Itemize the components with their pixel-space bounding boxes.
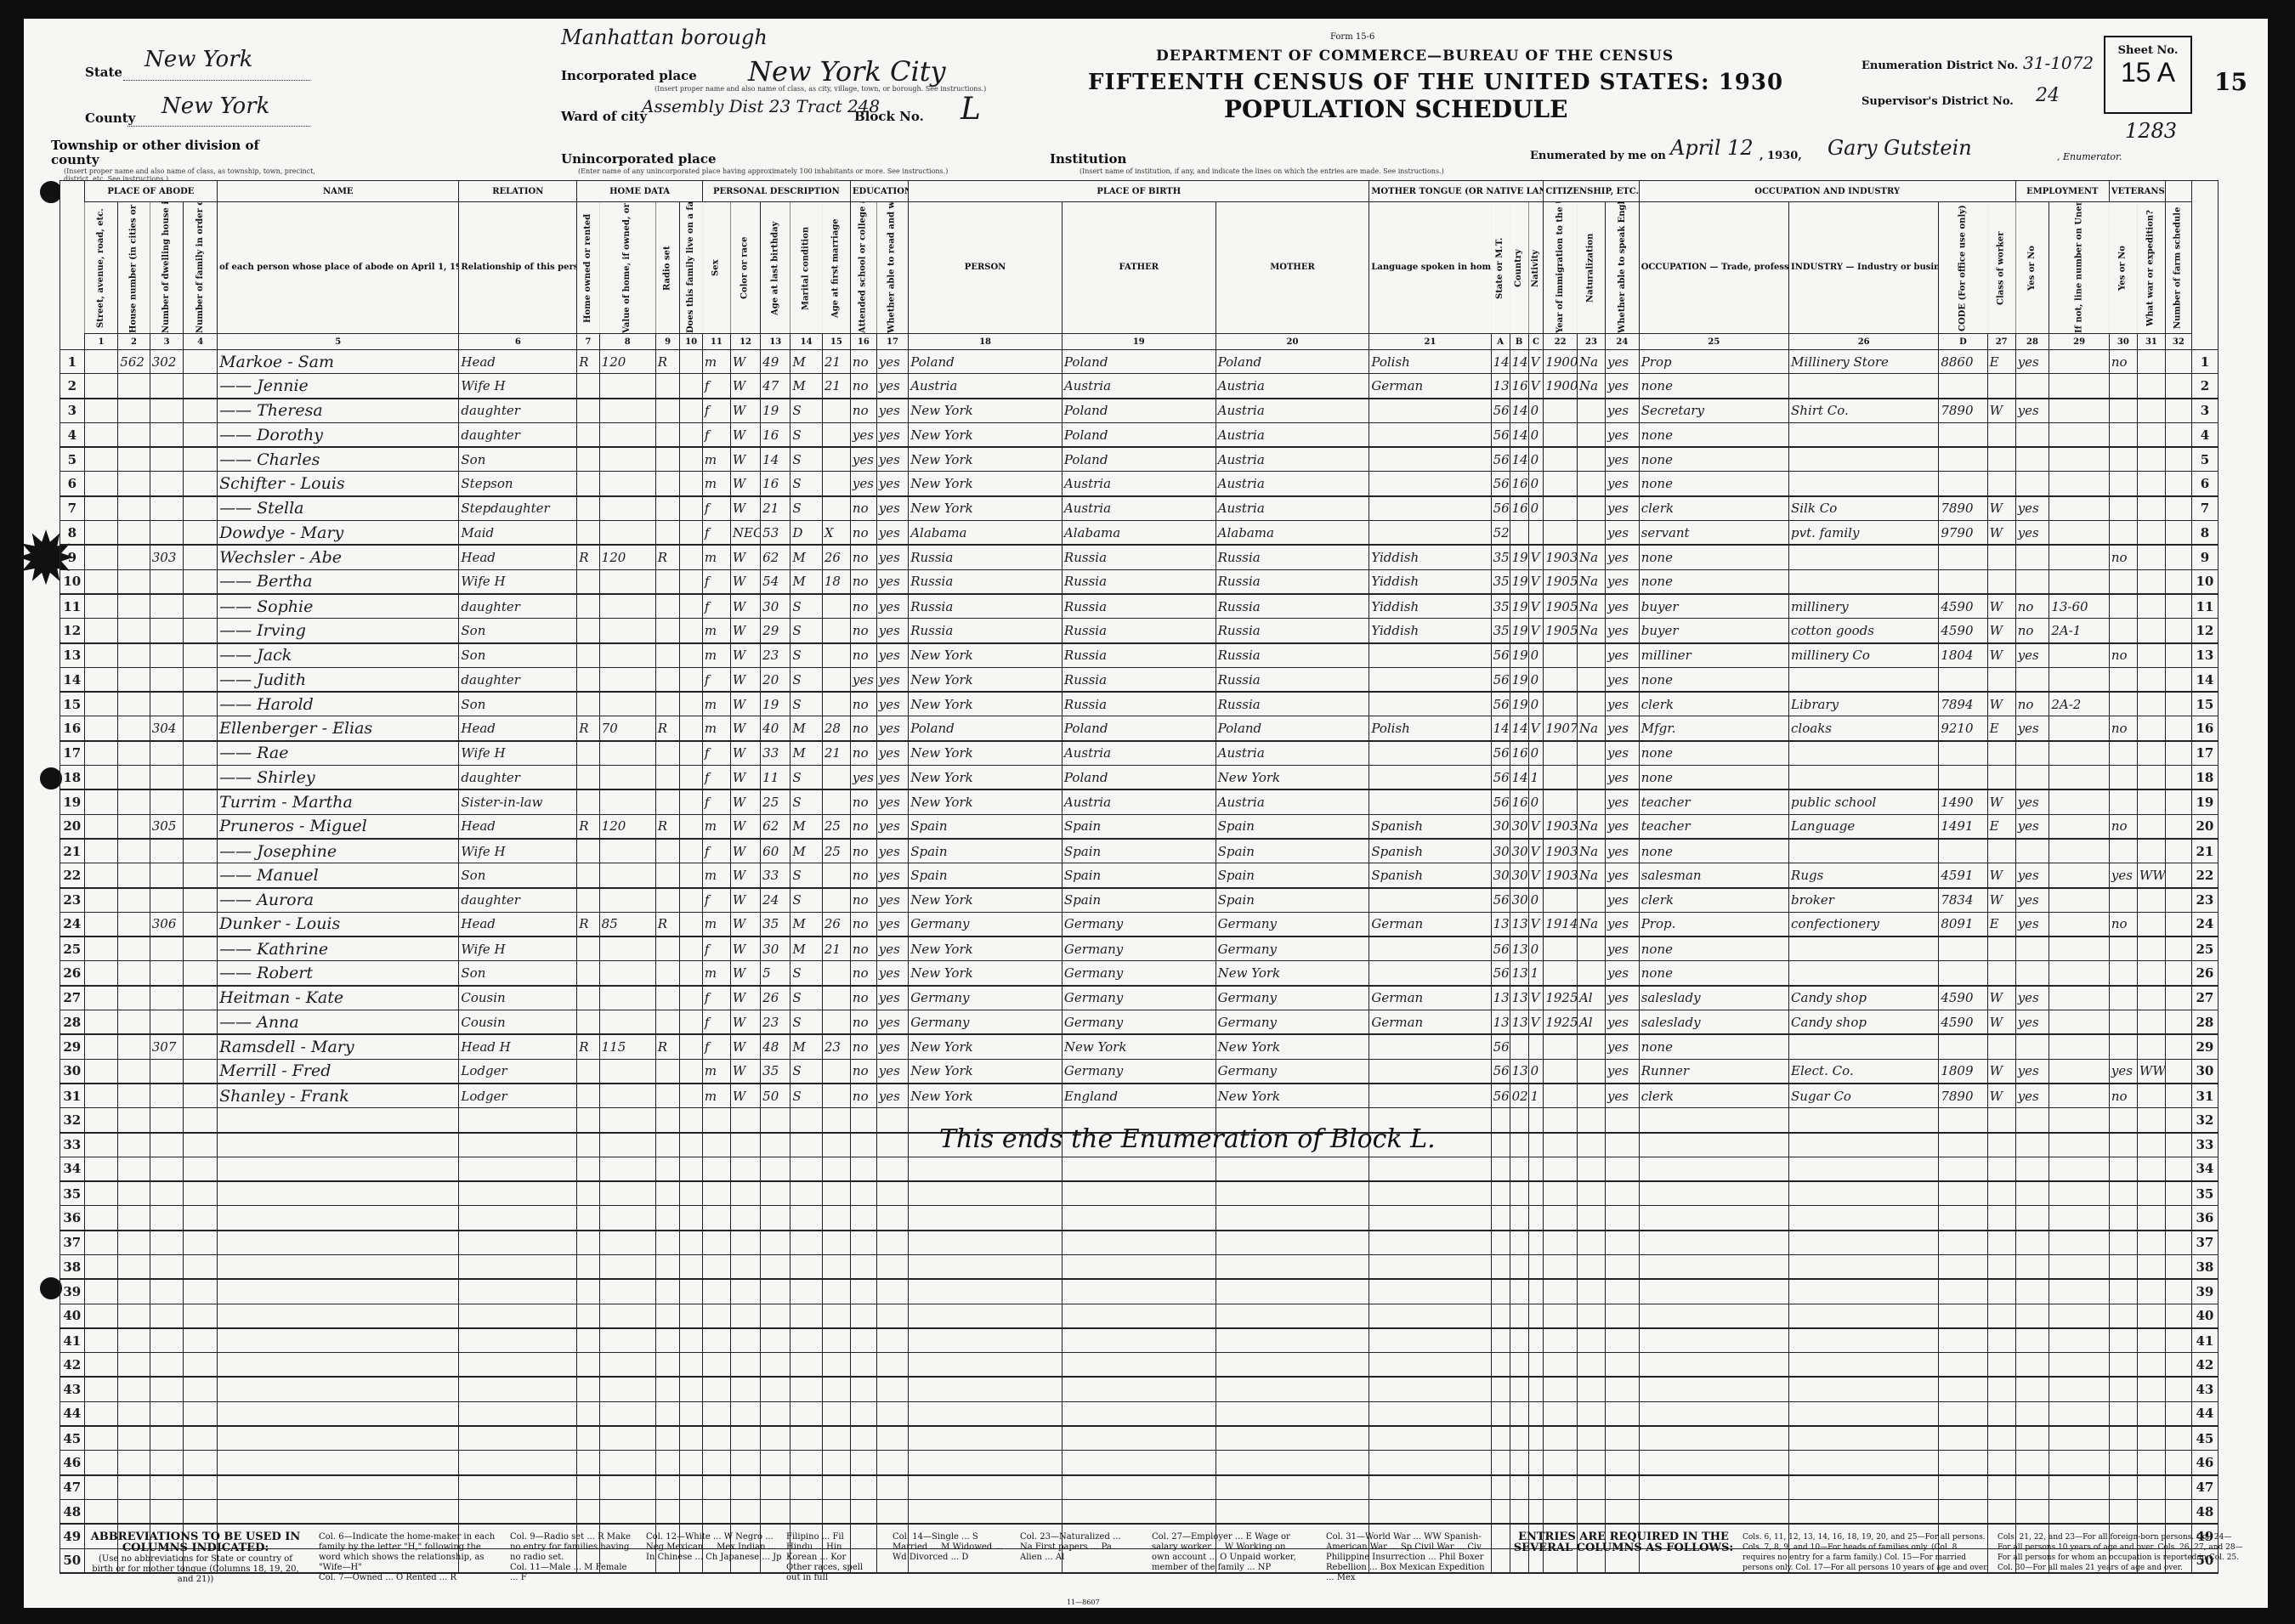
cell-marital (790, 1377, 822, 1401)
cell-sex: f (702, 789, 730, 814)
cell-radio (655, 1231, 680, 1255)
cell-owned (577, 619, 599, 643)
cell-family (184, 1499, 218, 1524)
cell-street (84, 1401, 118, 1426)
cell-sex (702, 1401, 730, 1426)
ward-label: Ward of city (561, 109, 647, 124)
cell-class (1987, 936, 2015, 961)
cell-age (761, 1206, 790, 1231)
cell-street (84, 789, 118, 814)
cell-family (184, 1426, 218, 1451)
cell-tongue: Yiddish (1369, 545, 1491, 569)
cell-natur: Na (1577, 814, 1605, 839)
table-row: 15—— HaroldSonmW19SnoyesNew YorkRussiaRu… (60, 692, 2218, 716)
cell-owned (577, 986, 599, 1010)
table-row: 24306Dunker - LouisHeadR85RmW35M26noyesG… (60, 912, 2218, 936)
cell-a (1491, 1206, 1510, 1231)
cell-a: 56 (1491, 741, 1510, 766)
cell-unemp (2049, 1401, 2110, 1426)
cell-owned (577, 374, 599, 399)
line-number: 11 (60, 594, 85, 619)
cell-b: 16 (1510, 789, 1528, 814)
line-number-right: 35 (2191, 1181, 2218, 1206)
cell-race (730, 1304, 760, 1328)
cell-family (184, 936, 218, 961)
cell-unemp (2049, 1377, 2110, 1401)
cell-emp (2015, 1304, 2049, 1328)
cell-industry (1789, 374, 1939, 399)
cell-a: 35 (1491, 619, 1510, 643)
cell-age-marr: 26 (822, 912, 850, 936)
cell-b (1510, 1426, 1528, 1451)
cell-immig (1544, 1451, 1578, 1475)
table-row: 5—— CharlesSonmW14SyesyesNew YorkPolandA… (60, 447, 2218, 472)
cell-industry (1789, 569, 1939, 594)
cell-value: 85 (599, 912, 655, 936)
cell-unemp (2049, 447, 2110, 472)
line-number-right: 44 (2191, 1401, 2218, 1426)
cell-sex: f (702, 839, 730, 863)
cell-marital: M (790, 374, 822, 399)
cell-owned (577, 1108, 599, 1133)
cell-tongue (1369, 1451, 1491, 1475)
line-number-right: 37 (2191, 1231, 2218, 1255)
table-row: 16304Ellenberger - EliasHeadR70RmW40M28n… (60, 716, 2218, 741)
cell-immig: 1905 (1544, 594, 1578, 619)
cell-bp-father: Russia (1062, 643, 1215, 668)
cell-bp-mother: Russia (1215, 545, 1369, 569)
line-number: 36 (60, 1206, 85, 1231)
cell-name (218, 1279, 459, 1304)
cell-house (118, 716, 150, 741)
cell-read: yes (876, 1059, 908, 1084)
cell-family (184, 1304, 218, 1328)
cell-war (2137, 1377, 2165, 1401)
cell-occupation: saleslady (1639, 986, 1788, 1010)
cell-war (2137, 716, 2165, 741)
cell-dwelling (150, 619, 184, 643)
cell-occupation (1639, 1108, 1788, 1133)
cell-value (599, 766, 655, 790)
cell-unemp: 2A-1 (2049, 619, 2110, 643)
cell-sex (702, 1451, 730, 1475)
cell-war (2137, 1328, 2165, 1353)
cell-bp-person: New York (909, 789, 1062, 814)
cell-b: 13 (1510, 1059, 1528, 1084)
cell-natur (1577, 1279, 1605, 1304)
cell-house (118, 1108, 150, 1133)
cell-sex (702, 1254, 730, 1279)
cell-class (1987, 961, 2015, 986)
cell-immig (1544, 1328, 1578, 1353)
cell-b: 19 (1510, 692, 1528, 716)
cell-street (84, 863, 118, 888)
cell-bp-mother: Russia (1215, 569, 1369, 594)
cell-farm-sched (2165, 1328, 2191, 1353)
cell-family (184, 350, 218, 374)
cell-immig (1544, 1279, 1578, 1304)
cell-c: 0 (1528, 888, 1544, 913)
line-number: 43 (60, 1377, 85, 1401)
line-number: 46 (60, 1451, 85, 1475)
table-row: 27Heitman - KateCousinfW26SnoyesGermanyG… (60, 986, 2218, 1010)
cell-tongue: Yiddish (1369, 619, 1491, 643)
cell-street (84, 1377, 118, 1401)
schedule-title: POPULATION SCHEDULE (1224, 95, 1568, 123)
column-number: 31 (2137, 334, 2165, 350)
cell-immig (1544, 1254, 1578, 1279)
cell-vet (2109, 1231, 2137, 1255)
cell-age-marr (822, 692, 850, 716)
cell-owned (577, 472, 599, 496)
cell-bp-father (1062, 1231, 1215, 1255)
cell-value (599, 447, 655, 472)
line-number: 30 (60, 1059, 85, 1084)
cell-vet (2109, 1499, 2137, 1524)
cell-radio (655, 1108, 680, 1133)
cell-owned (577, 1328, 599, 1353)
cell-vet (2109, 447, 2137, 472)
cell-dwelling: 304 (150, 716, 184, 741)
cell-family (184, 863, 218, 888)
cell-owned (577, 1426, 599, 1451)
cell-occupation (1639, 1254, 1788, 1279)
cell-occupation: none (1639, 961, 1788, 986)
cell-dwelling (150, 643, 184, 668)
cell-bp-mother (1215, 1304, 1369, 1328)
cell-marital: S (790, 422, 822, 447)
cell-immig (1544, 472, 1578, 496)
cell-relation (459, 1426, 577, 1451)
cell-house (118, 472, 150, 496)
cell-vet (2109, 1279, 2137, 1304)
cell-value (599, 1451, 655, 1475)
line-number: 29 (60, 1034, 85, 1059)
table-row: 25—— KathrineWife HfW30M21noyesNew YorkG… (60, 936, 2218, 961)
cell-bp-mother: New York (1215, 961, 1369, 986)
cell-family (184, 1157, 218, 1181)
cell-bp-father: Spain (1062, 839, 1215, 863)
cell-marital: M (790, 569, 822, 594)
column-header-28: Yes or No (2015, 202, 2049, 334)
cell-relation (459, 1499, 577, 1524)
sheet-number-box: Sheet No. 15 A (2104, 36, 2192, 114)
table-row: 9303Wechsler - AbeHeadR120RmW62M26noyesR… (60, 545, 2218, 569)
cell-class (1987, 1426, 2015, 1451)
cell-vet (2109, 1133, 2137, 1157)
cell-dwelling (150, 888, 184, 913)
cell-sex (702, 1426, 730, 1451)
cell-house (118, 1328, 150, 1353)
cell-read: yes (876, 374, 908, 399)
cell-owned (577, 1157, 599, 1181)
cell-bp-mother: Austria (1215, 374, 1369, 399)
footer-col27: Col. 27—Employer ... E Wage or salary wo… (1152, 1532, 1305, 1573)
cell-sex: m (702, 912, 730, 936)
cell-tongue: Yiddish (1369, 569, 1491, 594)
cell-value (599, 961, 655, 986)
cell-bp-father (1062, 1328, 1215, 1353)
table-row: 4747 (60, 1475, 2218, 1500)
cell-a: 14 (1491, 716, 1510, 741)
cell-unemp (2049, 1206, 2110, 1231)
cell-school (850, 1353, 876, 1378)
cell-house (118, 1426, 150, 1451)
cell-street (84, 814, 118, 839)
cell-race: W (730, 912, 760, 936)
cell-emp (2015, 1279, 2049, 1304)
cell-owned: R (577, 545, 599, 569)
cell-owned: R (577, 814, 599, 839)
cell-age (761, 1279, 790, 1304)
cell-industry (1789, 422, 1939, 447)
cell-unemp (2049, 667, 2110, 692)
cell-farm (680, 814, 702, 839)
cell-bp-mother: Austria (1215, 399, 1369, 423)
cell-school (850, 1304, 876, 1328)
table-row: 4—— DorothydaughterfW16SyesyesNew YorkPo… (60, 422, 2218, 447)
line-number: 39 (60, 1279, 85, 1304)
cell-war (2137, 1231, 2165, 1255)
cell-unemp (2049, 472, 2110, 496)
cell-name: —— Charles (218, 447, 459, 472)
column-header-16: Attended school or college any time sinc… (850, 202, 876, 334)
cell-family (184, 1034, 218, 1059)
cell-occupation (1639, 1377, 1788, 1401)
footer-entries-title: ENTRIES ARE REQUIRED IN THE SEVERAL COLU… (1496, 1532, 1751, 1554)
cell-value (599, 1231, 655, 1255)
cell-farm-sched (2165, 1426, 2191, 1451)
cell-code (1939, 1328, 1987, 1353)
cell-vet: no (2109, 643, 2137, 668)
cell-c: V (1528, 839, 1544, 863)
cell-school (850, 1254, 876, 1279)
cell-code: 1491 (1939, 814, 1987, 839)
cell-sex (702, 1499, 730, 1524)
cell-industry: millinery (1789, 594, 1939, 619)
cell-bp-father: Germany (1062, 1010, 1215, 1035)
cell-marital: S (790, 447, 822, 472)
cell-house (118, 1451, 150, 1475)
cell-family (184, 1401, 218, 1426)
cell-bp-person: New York (909, 1059, 1062, 1084)
cell-bp-father: Germany (1062, 986, 1215, 1010)
cell-war (2137, 1475, 2165, 1500)
cell-radio (655, 1499, 680, 1524)
cell-relation (459, 1475, 577, 1500)
cell-unemp: 13-60 (2049, 594, 2110, 619)
cell-natur (1577, 1328, 1605, 1353)
cell-house (118, 496, 150, 521)
cell-value (599, 399, 655, 423)
column-header-3: Number of dwelling house in order of vis… (150, 202, 184, 334)
cell-vet: yes (2109, 1059, 2137, 1084)
cell-industry (1789, 1328, 1939, 1353)
cell-age: 30 (761, 936, 790, 961)
cell-farm-sched (2165, 1010, 2191, 1035)
cell-unemp (2049, 1084, 2110, 1108)
cell-tongue: Yiddish (1369, 594, 1491, 619)
institution-hint: (Insert name of institution, if any, and… (1079, 167, 1444, 175)
line-number: 16 (60, 716, 85, 741)
cell-street (84, 1279, 118, 1304)
cell-street (84, 594, 118, 619)
cell-marital: S (790, 888, 822, 913)
cell-war (2137, 374, 2165, 399)
cell-school (850, 1108, 876, 1133)
cell-school (850, 1231, 876, 1255)
cell-school (850, 1133, 876, 1157)
line-number-right: 10 (2191, 569, 2218, 594)
cell-emp: yes (2015, 986, 2049, 1010)
cell-read: yes (876, 667, 908, 692)
cell-school (850, 1181, 876, 1206)
cell-value (599, 521, 655, 546)
cell-b (1510, 1279, 1528, 1304)
cell-a: 13 (1491, 1010, 1510, 1035)
cell-natur (1577, 1034, 1605, 1059)
cell-class: E (1987, 350, 2015, 374)
cell-school: no (850, 814, 876, 839)
cell-read (876, 1133, 908, 1157)
cell-race: W (730, 1059, 760, 1084)
cell-age-marr: 21 (822, 350, 850, 374)
cell-vet (2109, 839, 2137, 863)
cell-bp-mother (1215, 1231, 1369, 1255)
cell-dwelling (150, 399, 184, 423)
cell-sex (702, 1279, 730, 1304)
cell-c: 1 (1528, 766, 1544, 790)
cell-age-marr (822, 1304, 850, 1328)
cell-industry: Candy shop (1789, 1010, 1939, 1035)
cell-owned (577, 1377, 599, 1401)
cell-immig (1544, 1157, 1578, 1181)
cell-a: 56 (1491, 961, 1510, 986)
cell-owned (577, 1279, 599, 1304)
cell-war (2137, 912, 2165, 936)
column-header-21: Language spoken in home before coming to… (1369, 202, 1491, 334)
cell-value (599, 692, 655, 716)
department-title: DEPARTMENT OF COMMERCE—BUREAU OF THE CEN… (1156, 48, 1674, 65)
cell-farm (680, 863, 702, 888)
cell-age-marr: 25 (822, 839, 850, 863)
cell-school (850, 1475, 876, 1500)
cell-name: —— Robert (218, 961, 459, 986)
cell-sex: f (702, 521, 730, 546)
line-number-right: 39 (2191, 1279, 2218, 1304)
cell-c: 0 (1528, 643, 1544, 668)
cell-dwelling (150, 1010, 184, 1035)
cell-english: yes (1606, 521, 1640, 546)
cell-bp-person (909, 1426, 1062, 1451)
cell-school: no (850, 545, 876, 569)
cell-read (876, 1231, 908, 1255)
cell-bp-person: New York (909, 741, 1062, 766)
cell-vet: no (2109, 545, 2137, 569)
line-number: 6 (60, 472, 85, 496)
cell-tongue: Polish (1369, 350, 1491, 374)
cell-industry: Rugs (1789, 863, 1939, 888)
cell-bp-mother (1215, 1499, 1369, 1524)
cell-code: 9210 (1939, 716, 1987, 741)
cell-tongue (1369, 1304, 1491, 1328)
cell-natur: Na (1577, 716, 1605, 741)
cell-farm-sched (2165, 1475, 2191, 1500)
cell-house (118, 1475, 150, 1500)
cell-immig (1544, 496, 1578, 521)
cell-bp-father (1062, 1254, 1215, 1279)
cell-marital: M (790, 1034, 822, 1059)
cell-class (1987, 1279, 2015, 1304)
cell-street (84, 1304, 118, 1328)
cell-code (1939, 1499, 1987, 1524)
cell-family (184, 1084, 218, 1108)
cell-age-marr (822, 1084, 850, 1108)
cell-emp (2015, 1426, 2049, 1451)
cell-age-marr: 21 (822, 374, 850, 399)
cell-house (118, 521, 150, 546)
cell-bp-person: New York (909, 692, 1062, 716)
cell-industry: Shirt Co. (1789, 399, 1939, 423)
cell-bp-father: Germany (1062, 936, 1215, 961)
cell-owned (577, 1010, 599, 1035)
cell-emp: no (2015, 619, 2049, 643)
cell-english (1606, 1231, 1640, 1255)
cell-unemp (2049, 643, 2110, 668)
cell-age-marr (822, 1157, 850, 1181)
cell-unemp (2049, 716, 2110, 741)
cell-c: V (1528, 912, 1544, 936)
cell-natur: Na (1577, 912, 1605, 936)
cell-industry (1789, 1401, 1939, 1426)
cell-race: W (730, 814, 760, 839)
cell-tongue (1369, 521, 1491, 546)
cell-farm-sched (2165, 1451, 2191, 1475)
cell-street (84, 521, 118, 546)
cell-c: 1 (1528, 1084, 1544, 1108)
cell-race (730, 1451, 760, 1475)
cell-emp (2015, 1157, 2049, 1181)
cell-code (1939, 1157, 1987, 1181)
cell-dwelling: 303 (150, 545, 184, 569)
cell-school: no (850, 912, 876, 936)
cell-vet (2109, 1254, 2137, 1279)
cell-tongue: German (1369, 374, 1491, 399)
column-number: 4 (184, 334, 218, 350)
cell-b (1510, 1304, 1528, 1328)
cell-class: E (1987, 716, 2015, 741)
cell-bp-person (909, 1451, 1062, 1475)
cell-war (2137, 839, 2165, 863)
cell-street (84, 1499, 118, 1524)
cell-c: V (1528, 986, 1544, 1010)
cell-emp (2015, 766, 2049, 790)
cell-street (84, 619, 118, 643)
cell-relation (459, 1157, 577, 1181)
cell-school: no (850, 1059, 876, 1084)
cell-value: 70 (599, 716, 655, 741)
cell-dwelling (150, 1304, 184, 1328)
cell-bp-mother: Russia (1215, 643, 1369, 668)
cell-bp-person: Spain (909, 814, 1062, 839)
cell-a: 13 (1491, 986, 1510, 1010)
cell-occupation: none (1639, 1034, 1788, 1059)
cell-war (2137, 619, 2165, 643)
column-number: 23 (1577, 334, 1605, 350)
cell-race: W (730, 1084, 760, 1108)
cell-name: —— Aurora (218, 888, 459, 913)
cell-sex (702, 1133, 730, 1157)
